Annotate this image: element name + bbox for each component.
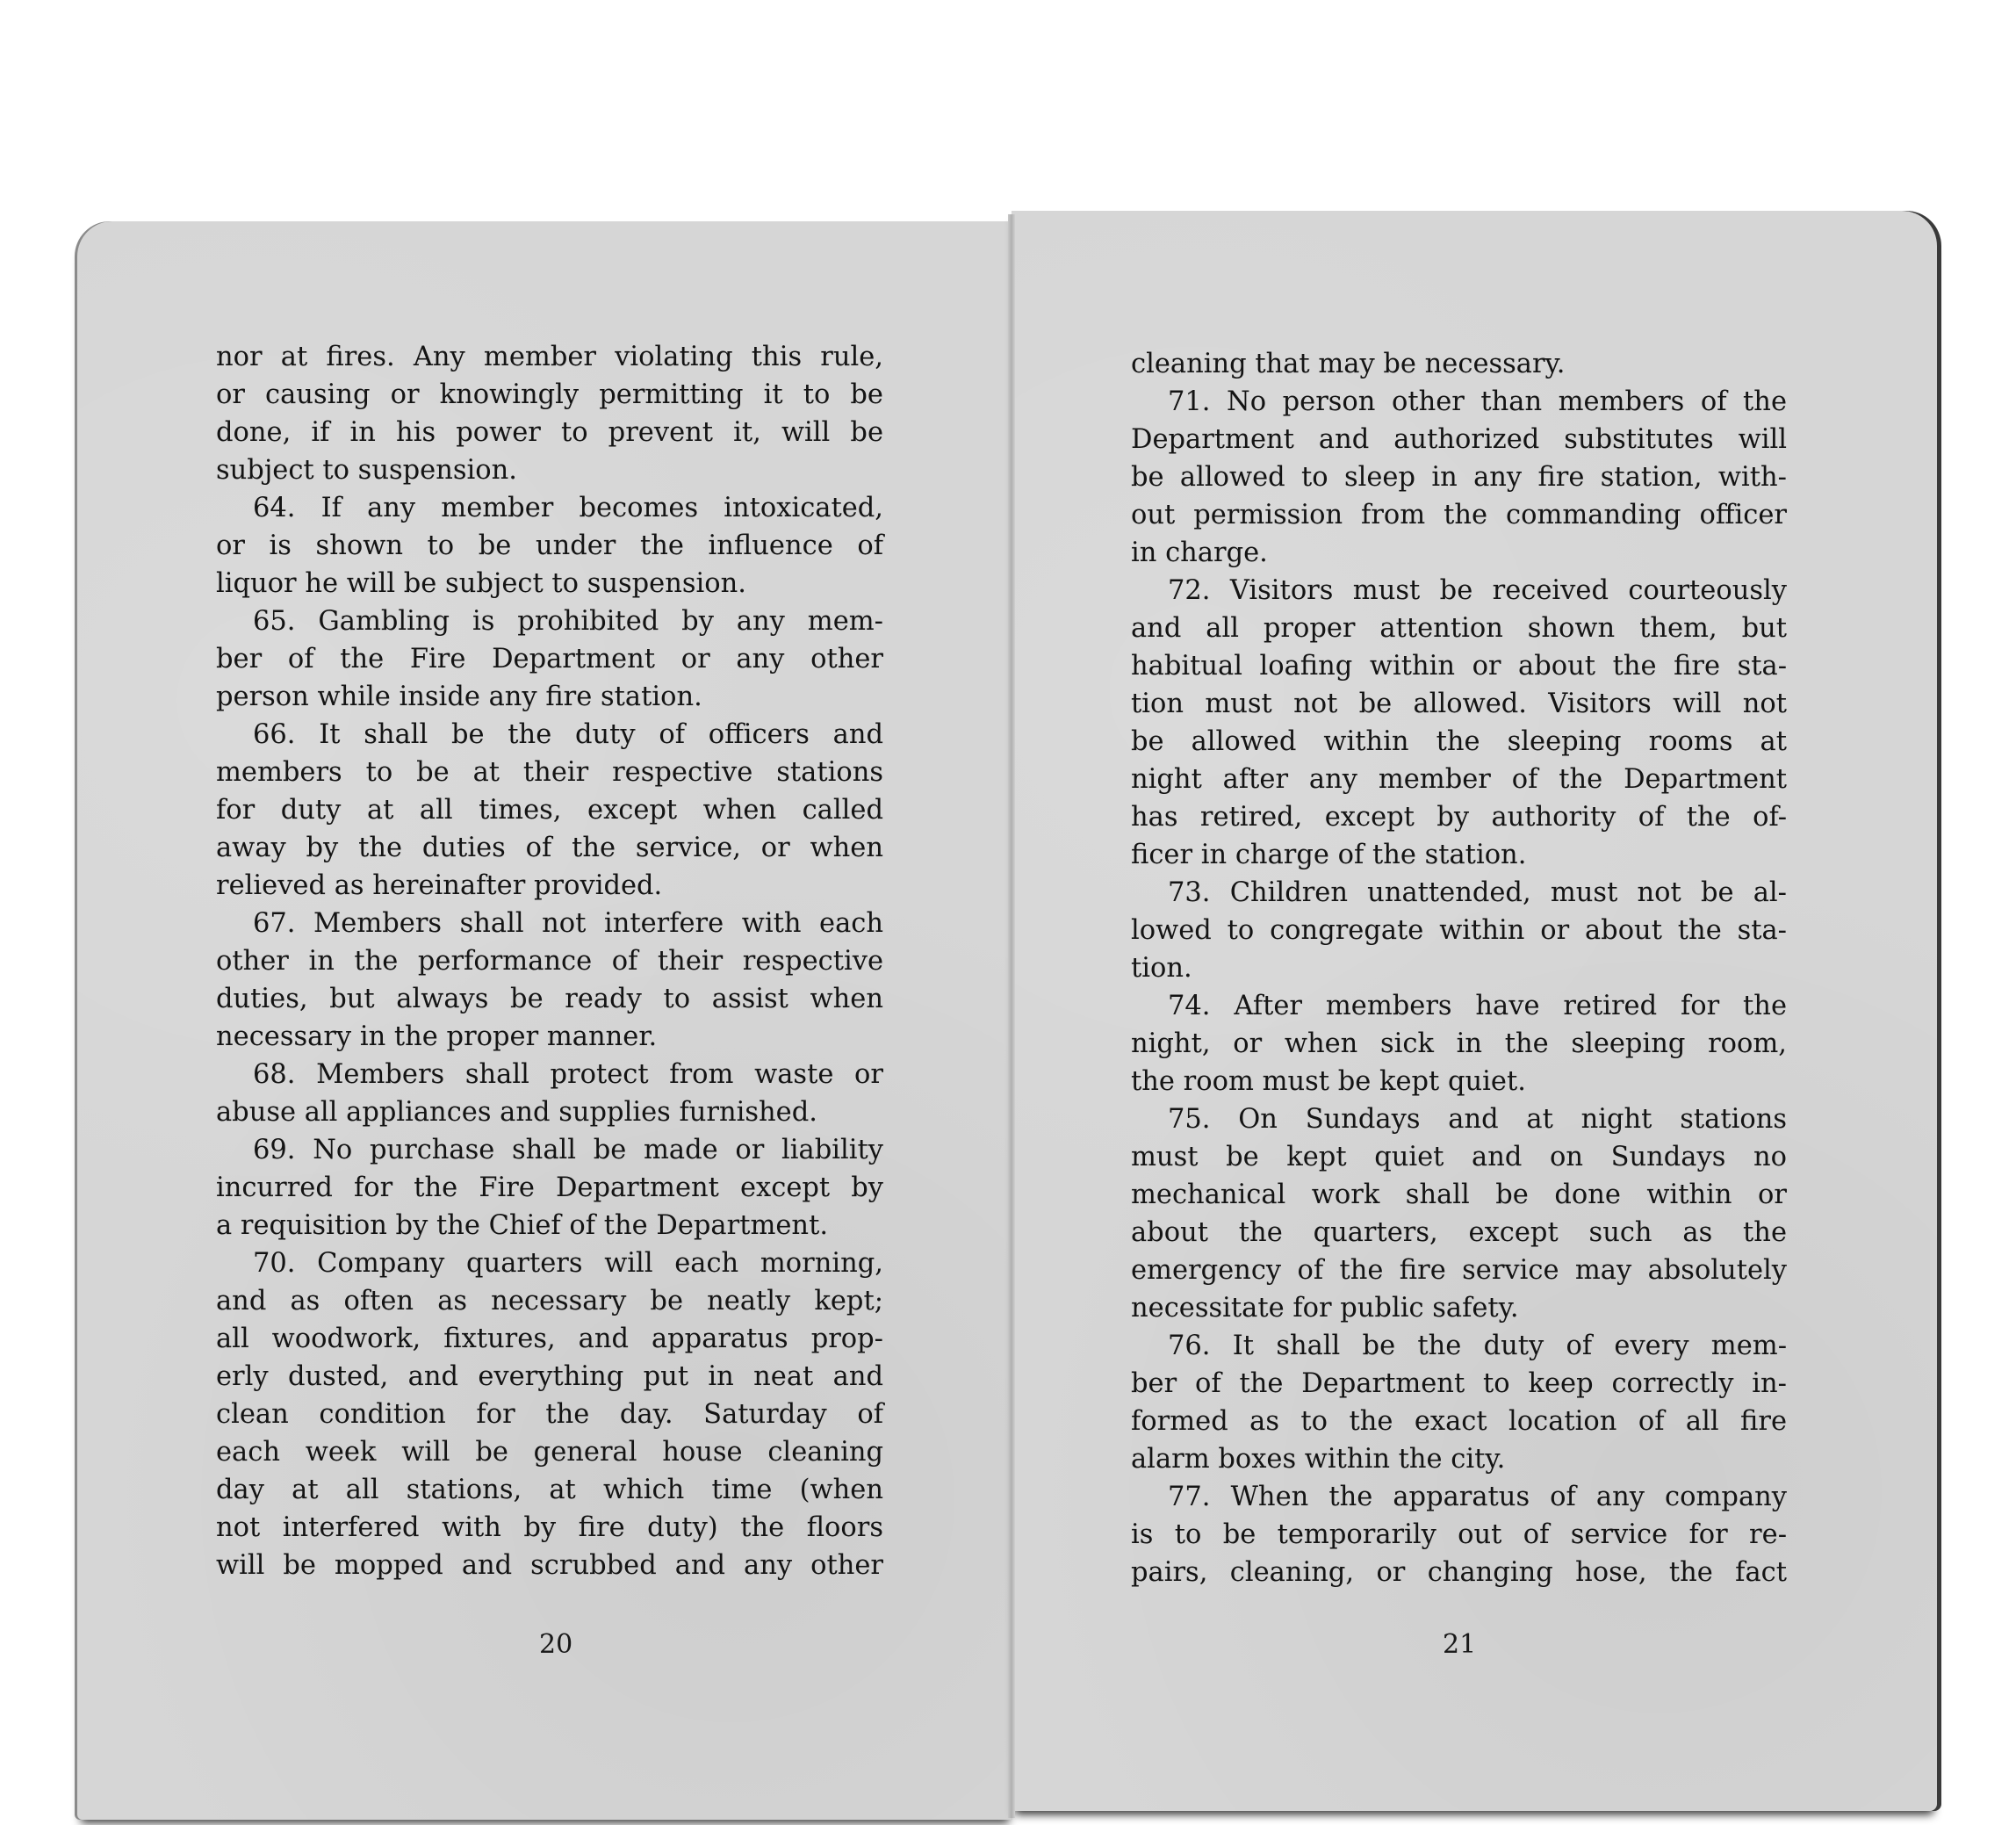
text-line: abuse all appliances and supplies furnis… [216,1093,883,1131]
text-line: all woodwork, fixtures, and apparatus pr… [216,1320,883,1358]
text-line: 75. On Sundays and at night stations [1131,1100,1787,1138]
text-line: 77. When the apparatus of any company [1131,1478,1787,1516]
text-line: 68. Members shall protect from waste or [216,1056,883,1093]
text-line: and all proper attention shown them, but [1131,610,1787,647]
text-line: 70. Company quarters will each morning, [216,1244,883,1282]
text-line: 76. It shall be the duty of every mem- [1131,1327,1787,1365]
text-line: 67. Members shall not interfere with eac… [216,905,883,942]
right-page-text: cleaning that may be necessary.71. No pe… [1131,345,1787,1591]
text-line: done, if in his power to prevent it, wil… [216,414,883,451]
text-line: formed as to the exact location of all f… [1131,1403,1787,1440]
text-line: 66. It shall be the duty of officers and [216,716,883,754]
text-line: or is shown to be under the influence of [216,527,883,565]
text-line: emergency of the fire service may absolu… [1131,1252,1787,1289]
text-line: 72. Visitors must be received courteousl… [1131,572,1787,610]
text-line: or causing or knowingly permitting it to… [216,376,883,414]
text-line: other in the performance of their respec… [216,942,883,980]
text-line: nor at fires. Any member violating this … [216,338,883,376]
text-line: night, or when sick in the sleeping room… [1131,1025,1787,1063]
text-line: has retired, except by authority of the … [1131,798,1787,836]
text-line: cleaning that may be necessary. [1131,345,1787,383]
text-line: pairs, cleaning, or changing hose, the f… [1131,1554,1787,1591]
text-line: relieved as hereinafter provided. [216,867,883,905]
open-booklet: nor at fires. Any member violating this … [0,0,2016,1825]
text-line: 65. Gambling is prohibited by any mem- [216,602,883,640]
text-line: out permission from the commanding offic… [1131,496,1787,534]
text-line: night after any member of the Department [1131,761,1787,798]
text-line: 71. No person other than members of the [1131,383,1787,421]
page-number-left: 20 [539,1629,572,1660]
text-line: alarm boxes within the city. [1131,1440,1787,1478]
text-line: habitual loafing within or about the fir… [1131,647,1787,685]
text-line: tion. [1131,949,1787,987]
text-line: duties, but always be ready to assist wh… [216,980,883,1018]
text-line: tion must not be allowed. Visitors will … [1131,685,1787,723]
text-line: Department and authorized substitutes wi… [1131,421,1787,458]
text-line: in charge. [1131,534,1787,572]
text-line: not interfered with by fire duty) the fl… [216,1509,883,1547]
text-line: ber of the Department to keep correctly … [1131,1365,1787,1403]
text-line: necessitate for public safety. [1131,1289,1787,1327]
text-line: the room must be kept quiet. [1131,1063,1787,1100]
text-line: each week will be general house cleaning [216,1433,883,1471]
text-line: day at all stations, at which time (when [216,1471,883,1509]
text-line: 74. After members have retired for the [1131,987,1787,1025]
text-line: ficer in charge of the station. [1131,836,1787,874]
text-line: erly dusted, and everything put in neat … [216,1358,883,1396]
book-spine-gutter [1008,214,1015,1818]
text-line: be allowed within the sleeping rooms at [1131,723,1787,761]
text-line: incurred for the Fire Department except … [216,1169,883,1207]
text-line: must be kept quiet and on Sundays no [1131,1138,1787,1176]
text-line: mechanical work shall be done within or [1131,1176,1787,1214]
text-line: clean condition for the day. Saturday of [216,1396,883,1433]
text-line: 64. If any member becomes intoxicated, [216,489,883,527]
text-line: person while inside any fire station. [216,678,883,716]
text-line: 73. Children unattended, must not be al- [1131,874,1787,912]
text-line: members to be at their respective statio… [216,754,883,791]
text-line: about the quarters, except such as the [1131,1214,1787,1252]
text-line: lowed to congregate within or about the … [1131,912,1787,949]
left-page-text: nor at fires. Any member violating this … [216,338,883,1584]
text-line: for duty at all times, except when calle… [216,791,883,829]
text-line: subject to suspension. [216,451,883,489]
text-line: necessary in the proper manner. [216,1018,883,1056]
text-line: away by the duties of the service, or wh… [216,829,883,867]
text-line: will be mopped and scrubbed and any othe… [216,1547,883,1584]
text-line: and as often as necessary be neatly kept… [216,1282,883,1320]
text-line: 69. No purchase shall be made or liabili… [216,1131,883,1169]
text-line: be allowed to sleep in any fire station,… [1131,458,1787,496]
text-line: a requisition by the Chief of the Depart… [216,1207,883,1244]
page-number-right: 21 [1443,1629,1476,1660]
text-line: is to be temporarily out of service for … [1131,1516,1787,1554]
text-line: liquor he will be subject to suspension. [216,565,883,602]
text-line: ber of the Fire Department or any other [216,640,883,678]
